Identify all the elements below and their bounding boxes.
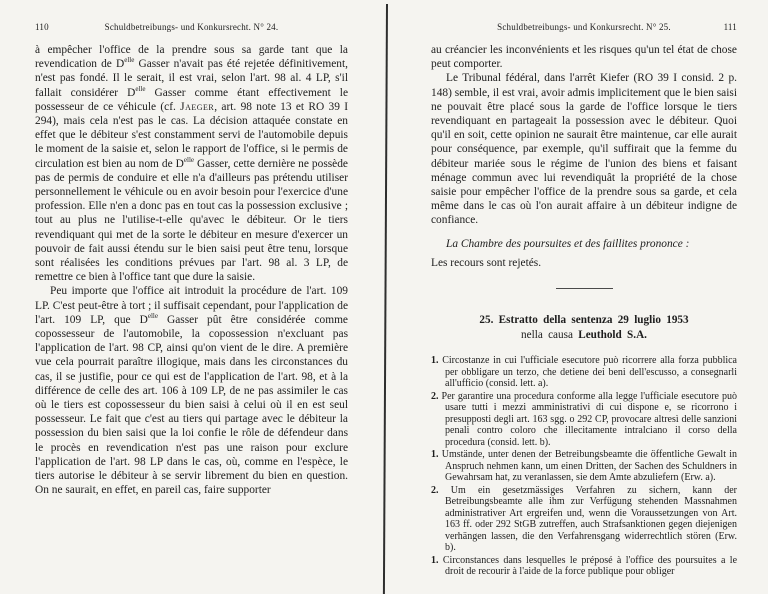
regeste-item-fr-1: 1. Circonstances dans lesquelles le prép… bbox=[431, 555, 737, 578]
running-title-right: Schuldbetreibungs- und Konkursrecht. N° … bbox=[467, 22, 701, 32]
left-text-column: à empêcher l'office de la prendre sous s… bbox=[35, 43, 348, 498]
running-head-right: Schuldbetreibungs- und Konkursrecht. N° … bbox=[431, 22, 737, 32]
pronounce-line: La Chambre des poursuites et des faillit… bbox=[431, 237, 737, 251]
case-heading-line2: nella causa Leuthold S.A. bbox=[431, 328, 737, 343]
verdict-line: Les recours sont rejetés. bbox=[431, 256, 737, 270]
section-divider bbox=[556, 288, 613, 289]
right-text-column: au créancier les inconvénients et les ri… bbox=[431, 43, 737, 270]
page-gutter-line bbox=[383, 4, 388, 594]
paragraph-right-2: Le Tribunal fédéral, dans l'arrêt Kiefer… bbox=[431, 71, 737, 227]
page-right: Schuldbetreibungs- und Konkursrecht. N° … bbox=[431, 22, 737, 578]
case-heading: 25. Estratto della sentenza 29 luglio 19… bbox=[431, 313, 737, 343]
page-number-right: 111 bbox=[701, 22, 737, 32]
running-head-left: 110 Schuldbetreibungs- und Konkursrecht.… bbox=[35, 22, 348, 32]
running-title-left: Schuldbetreibungs- und Konkursrecht. N° … bbox=[71, 22, 312, 32]
regeste-item-it-2: 2. Per garantire una procedura conforme … bbox=[431, 391, 737, 449]
case-heading-line1: 25. Estratto della sentenza 29 luglio 19… bbox=[431, 313, 737, 328]
paragraph-continuation-left: à empêcher l'office de la prendre sous s… bbox=[35, 43, 348, 284]
page-left: 110 Schuldbetreibungs- und Konkursrecht.… bbox=[35, 22, 348, 498]
regeste-item-it-1: 1. Circostanze in cui l'ufficiale esecut… bbox=[431, 355, 737, 390]
page-number-left: 110 bbox=[35, 22, 71, 32]
regeste-item-de-1: 1. Umstände, unter denen der Betreibungs… bbox=[431, 449, 737, 484]
paragraph-left-2: Peu importe que l'office ait introduit l… bbox=[35, 284, 348, 497]
regeste-summary: 1. Circostanze in cui l'ufficiale esecut… bbox=[431, 355, 737, 578]
regeste-item-de-2: 2. Um ein gesetzmässiges Verfahren zu si… bbox=[431, 485, 737, 554]
book-spread: 110 Schuldbetreibungs- und Konkursrecht.… bbox=[0, 0, 768, 594]
paragraph-continuation-right: au créancier les inconvénients et les ri… bbox=[431, 43, 737, 71]
